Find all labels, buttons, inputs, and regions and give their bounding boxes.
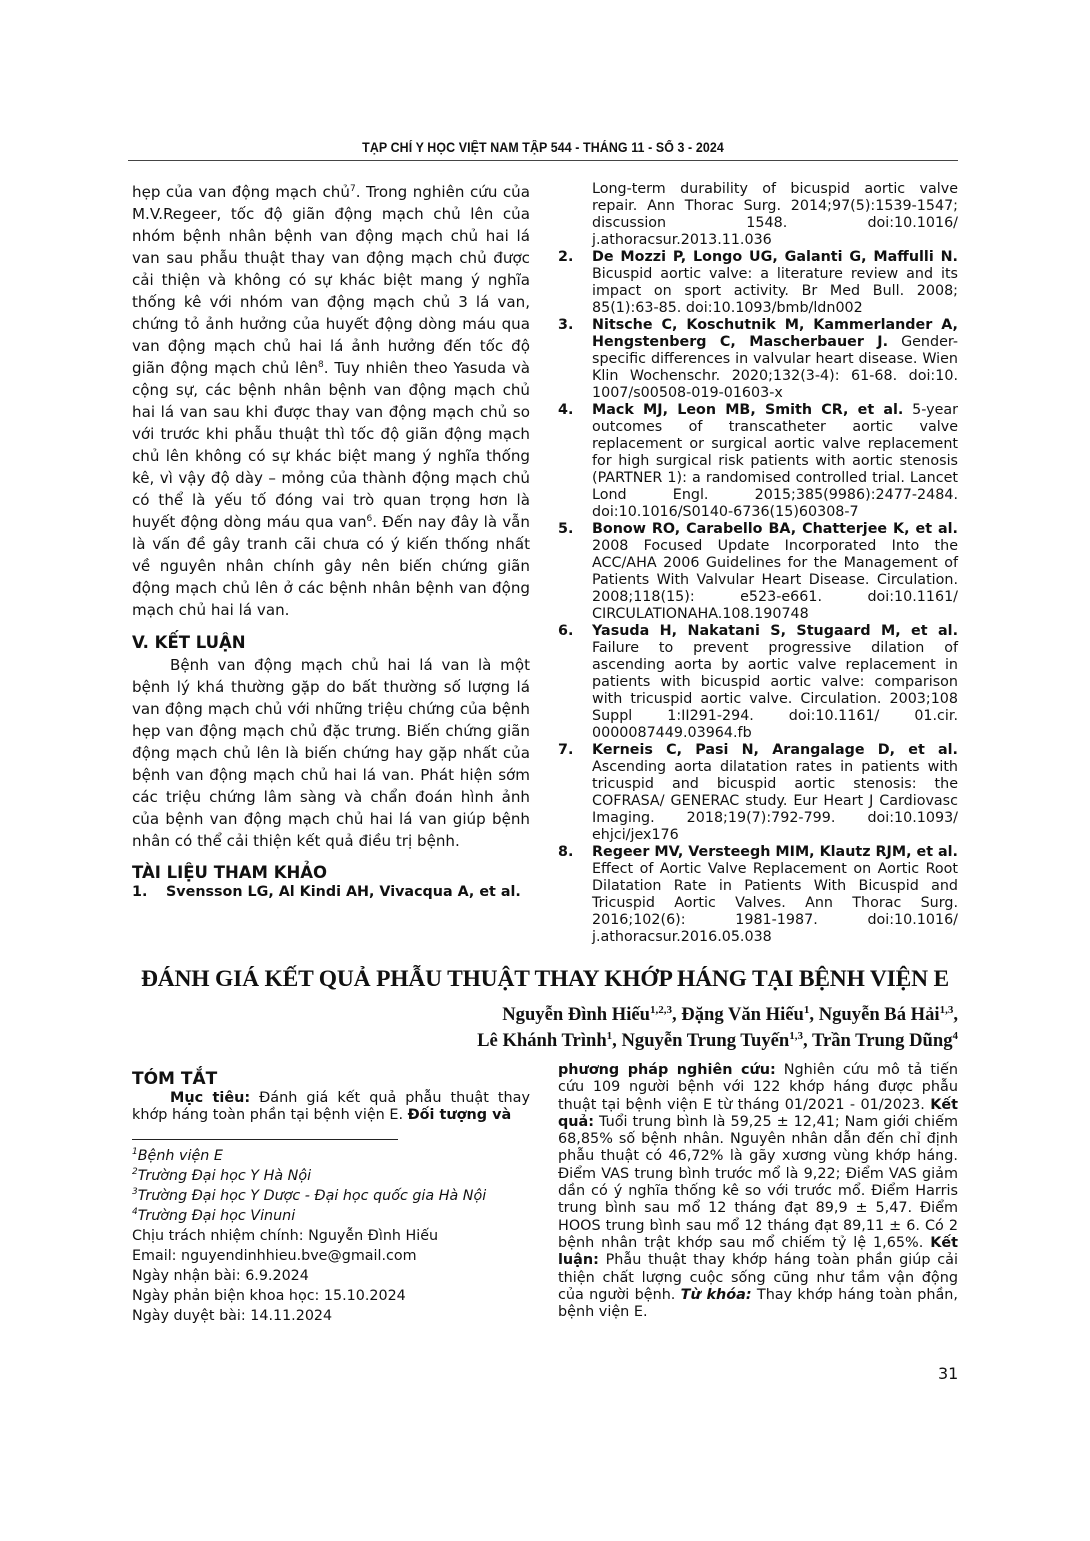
reference-item-4: 4. Mack MJ, Leon MB, Smith CR, et al. 5-… [558,402,958,521]
email[interactable]: Email: nguyendinhhieu.bve@gmail.com [132,1246,530,1266]
reference-item-1: 1. Svensson LG, Al Kindi AH, Vivacqua A,… [132,884,530,901]
right-column: Long-term durability of bicuspid aortic … [558,181,958,946]
abstract-continued: phương pháp nghiên cứu: Nghiên cứu mô tả… [558,1062,958,1321]
header-divider [128,160,958,161]
left-column: hẹp của van động mạch chủ7. Trong nghiên… [132,181,530,901]
methods-label-start: Đối tượng và [408,1107,512,1123]
author: Lê Khánh Trình1, [477,1030,621,1051]
reference-list-right: Long-term durability of bicuspid aortic … [558,181,958,946]
author-list: Nguyễn Đình Hiếu1,2,3, Đặng Văn Hiếu1, N… [258,1002,958,1054]
reference-item-7: 7. Kerneis C, Pasi N, Arangalage D, et a… [558,742,958,844]
running-header: TẠP CHÍ Y HỌC VIỆT NAM TẬP 544 - THÁNG 1… [161,140,925,155]
abstract-start: Mục tiêu: Đánh giá kết quả phẫu thuật th… [132,1090,530,1125]
review-date: Ngày phản biện khoa học: 15.10.2024 [132,1286,530,1306]
page-number: 31 [938,1364,958,1383]
reference-item-6: 6. Yasuda H, Nakatani S, Stugaard M, et … [558,623,958,742]
reference-item-1-continued: Long-term durability of bicuspid aortic … [558,181,958,249]
references-heading: TÀI LIỆU THAM KHẢO [132,862,530,884]
reference-item-2: 2. De Mozzi P, Longo UG, Galanti G, Maff… [558,249,958,317]
abstract-right-column: phương pháp nghiên cứu: Nghiên cứu mô tả… [558,1062,958,1321]
affiliation-4: 4Trường Đại học Vinuni [132,1206,530,1226]
footnote-divider [132,1139,398,1140]
author: Nguyễn Đình Hiếu1,2,3, [502,1004,681,1025]
reference-number: 1. [132,884,147,901]
author: Trần Trung Dũng4 [812,1030,958,1051]
reference-authors: Svensson LG, Al Kindi AH, Vivacqua A, et… [166,884,521,900]
article-title: ĐÁNH GIÁ KẾT QUẢ PHẪU THUẬT THAY KHỚP HÁ… [132,966,958,993]
accepted-date: Ngày duyệt bài: 14.11.2024 [132,1306,530,1326]
author: Nguyễn Trung Tuyến1,3, [621,1030,811,1051]
received-date: Ngày nhận bài: 6.9.2024 [132,1266,530,1286]
affiliation-2: 2Trường Đại học Y Hà Nội [132,1166,530,1186]
abstract-heading: TÓM TẮT [132,1068,530,1090]
affiliation-3: 3Trường Đại học Y Dược - Đại học quốc gi… [132,1186,530,1206]
reference-item-3: 3. Nitsche C, Koschutnik M, Kammerlander… [558,317,958,402]
reference-item-8: 8. Regeer MV, Versteegh MIM, Klautz RJM,… [558,844,958,946]
abstract-left-column: TÓM TẮT Mục tiêu: Đánh giá kết quả phẫu … [132,1068,530,1326]
corresponding-author: Chịu trách nhiệm chính: Nguyễn Đình Hiếu [132,1226,530,1246]
discussion-paragraph: hẹp của van động mạch chủ7. Trong nghiên… [132,181,530,621]
author: Đặng Văn Hiếu1, [681,1004,818,1025]
reference-list-left: 1. Svensson LG, Al Kindi AH, Vivacqua A,… [132,884,530,901]
affiliation-1: 1Bệnh viện E [132,1146,530,1166]
conclusion-heading: V. KẾT LUẬN [132,632,530,654]
reference-text: Long-term durability of bicuspid aortic … [592,181,958,248]
conclusion-paragraph: Bệnh van động mạch chủ hai lá van là một… [132,654,530,852]
reference-item-5: 5. Bonow RO, Carabello BA, Chatterjee K,… [558,521,958,623]
footnotes: 1Bệnh viện E 2Trường Đại học Y Hà Nội 3T… [132,1146,530,1326]
author: Nguyễn Bá Hải1,3, [819,1004,958,1025]
